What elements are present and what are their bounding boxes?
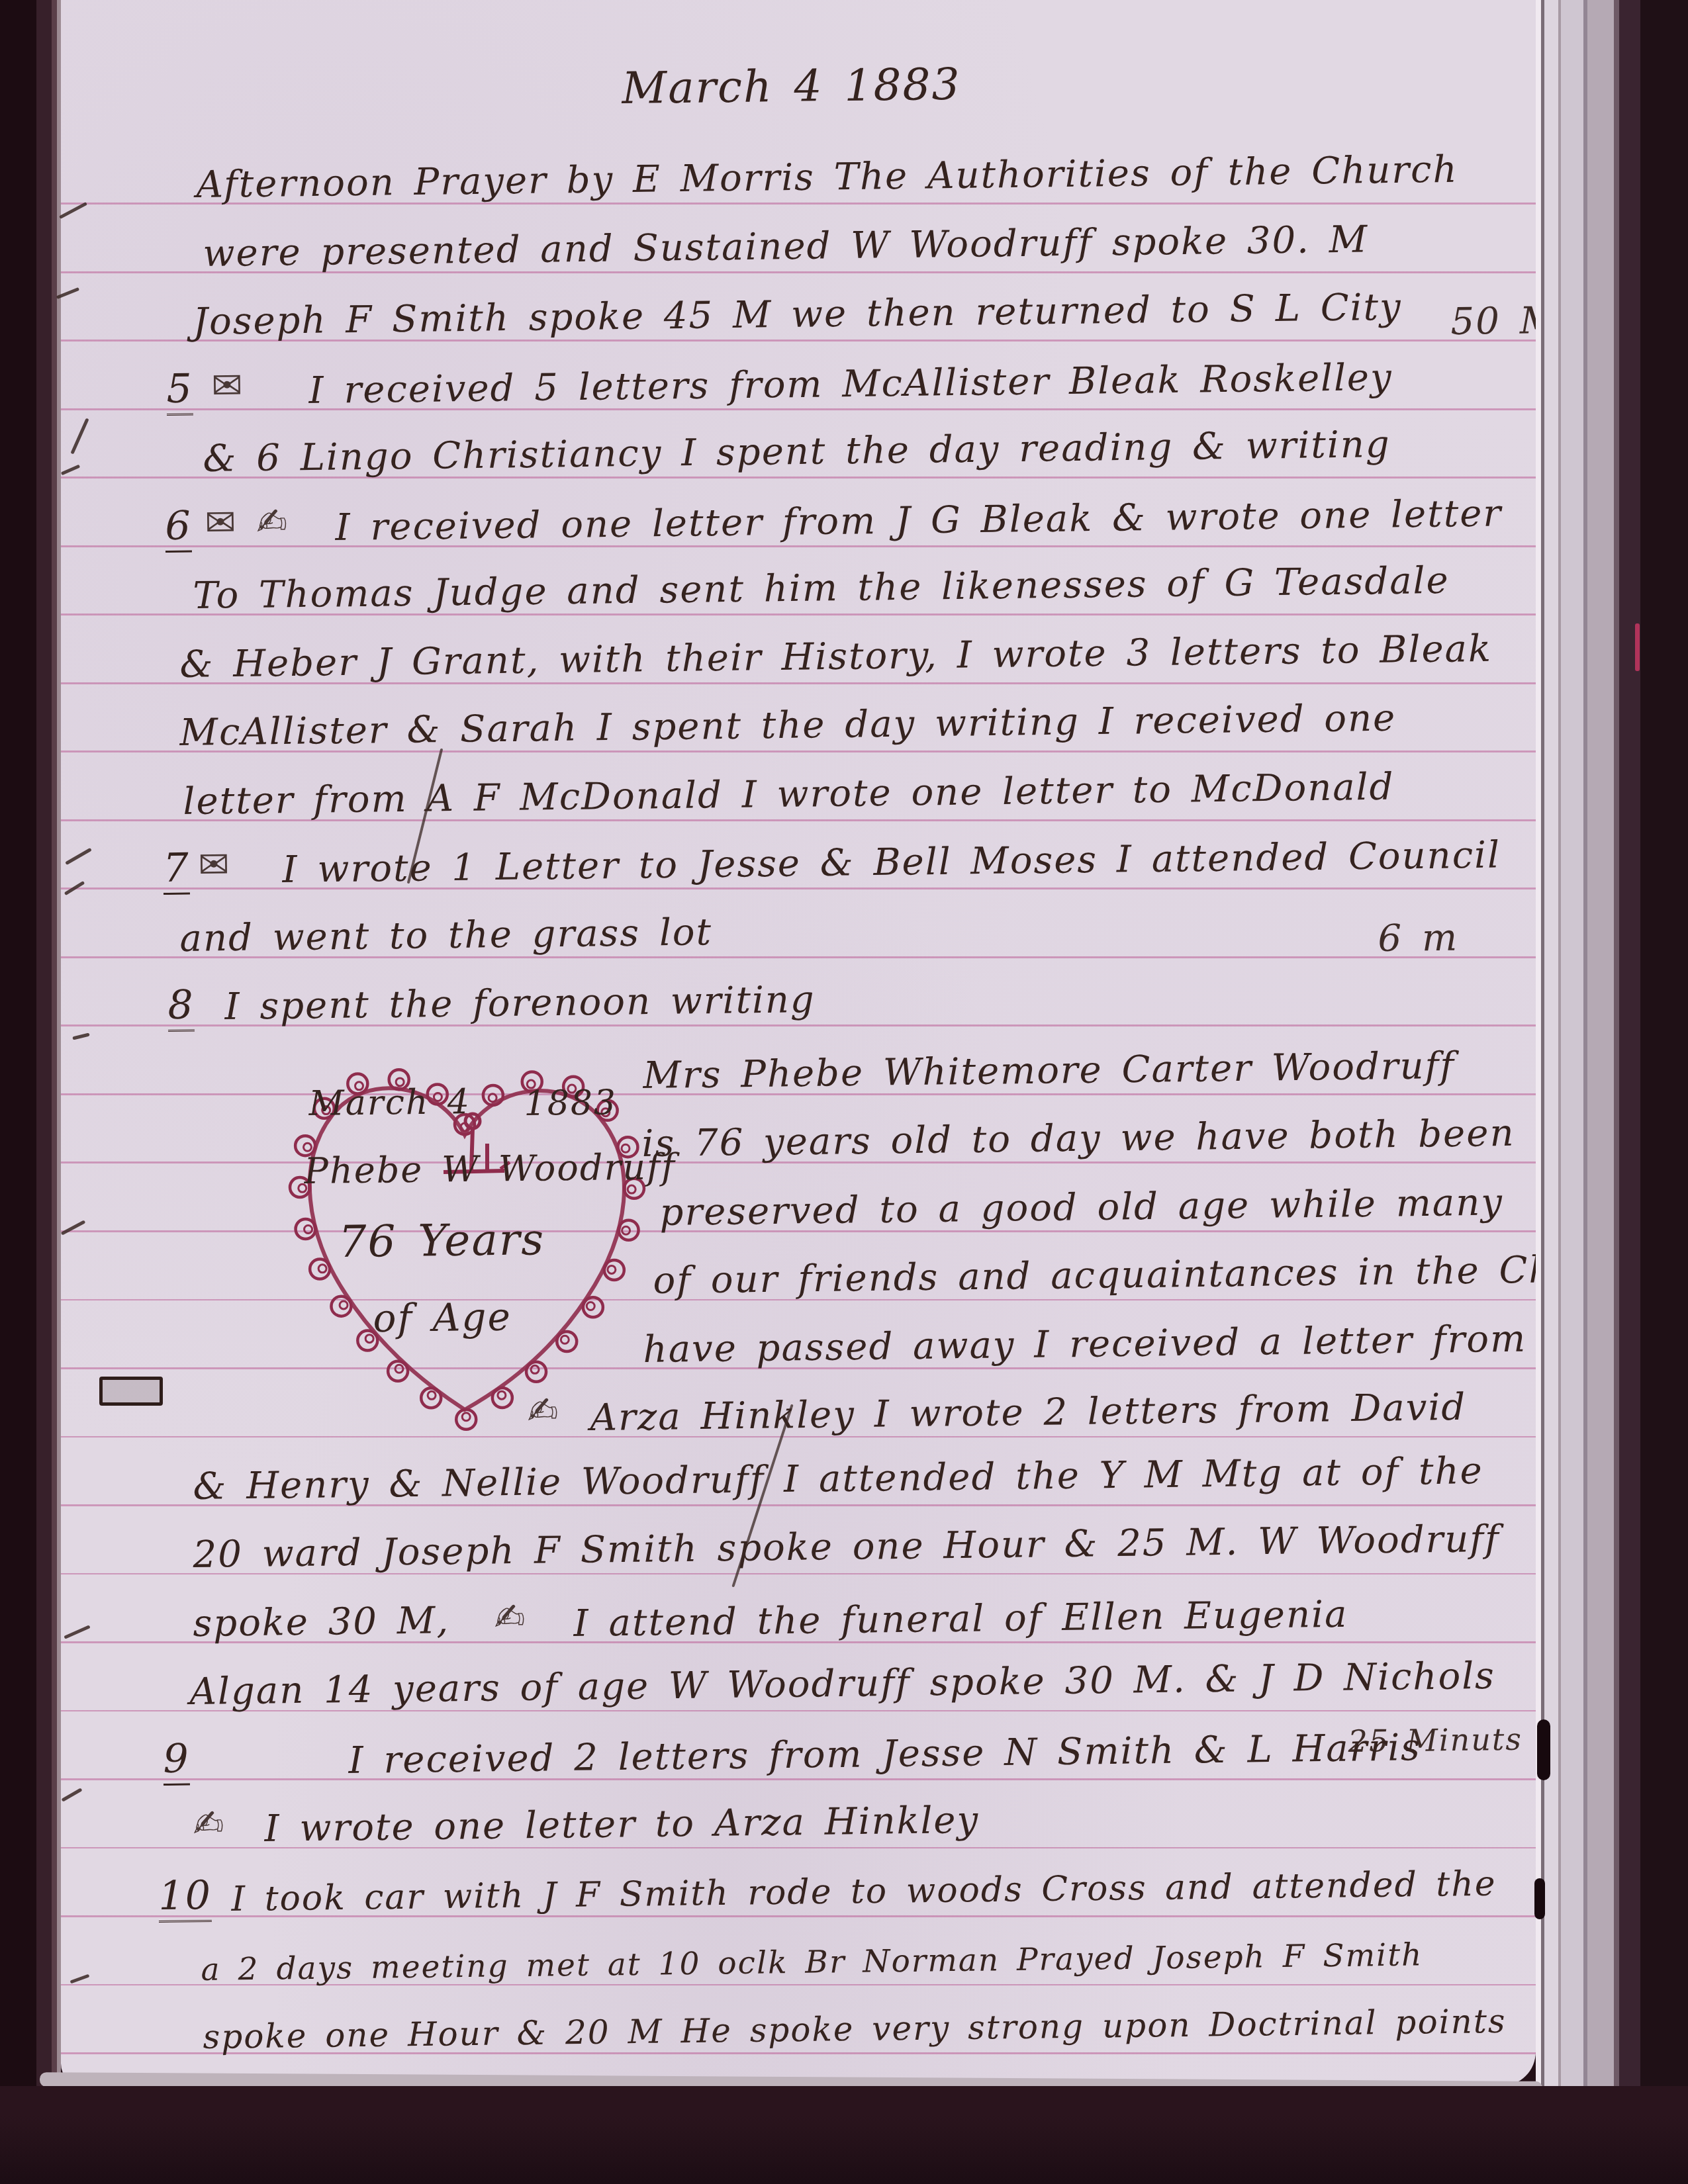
heart-scallop-inner (489, 1094, 496, 1102)
letter-icon: ✍ (494, 1596, 527, 1639)
page-title-date: March 4 1883 (622, 59, 961, 114)
edge-red-tick (1635, 623, 1640, 671)
letter-icon: ✉ (198, 843, 231, 887)
heart-scallop-inner (531, 1365, 539, 1373)
heart-date-left: March 4 (308, 1082, 471, 1124)
edge-ink-blob (1537, 1719, 1550, 1780)
page-fore-edge (1536, 0, 1688, 2184)
heart-age-of-age: of Age (373, 1294, 512, 1341)
margin-box-symbol (99, 1377, 163, 1406)
heart-scallop-inner (395, 1365, 403, 1373)
journal-text-line: and went to the grass lot (179, 911, 712, 960)
heart-scallop-inner (365, 1335, 373, 1343)
letter-icon: ✉ ✍ (205, 500, 289, 545)
letter-icon: ✉ (211, 364, 244, 408)
letter-icon: ✍ (193, 1802, 226, 1846)
heart-name: Phebe W Woodruff (304, 1146, 676, 1192)
heart-scallop-inner (622, 1226, 630, 1234)
heart-scallop-inner (305, 1225, 312, 1233)
day-number: 5 (166, 366, 193, 416)
book-bottom-dark (0, 2086, 1688, 2184)
heart-scallop-inner (462, 1413, 470, 1421)
day-number: 9 (163, 1736, 190, 1786)
heart-age-years: 76 Years (338, 1214, 545, 1267)
day-number: 7 (163, 845, 190, 895)
day-number: 10 (158, 1872, 212, 1923)
journal-text-line: I spent the forenoon writing (224, 978, 816, 1028)
annotation-fragment: 6 m (1378, 917, 1458, 960)
heart-scallop (557, 1332, 577, 1351)
heart-date-right: 1883 (524, 1083, 617, 1124)
day-number: 8 (167, 982, 195, 1032)
heart-scallop-inner (318, 1265, 326, 1273)
heart-scallop-inner (498, 1391, 506, 1399)
journal-page: March 4 1883 Afternoon Prayer by E Morri… (61, 0, 1536, 2086)
day-number: 6 (165, 503, 192, 553)
edge-ink-blob (1534, 1878, 1545, 1919)
journal-text-line: spoke 30 M, (193, 1599, 449, 1645)
heart-scallop-inner (340, 1301, 348, 1309)
heart-scallop-inner (586, 1302, 594, 1310)
heart-scallop-inner (608, 1265, 616, 1273)
journal-scan: March 4 1883 Afternoon Prayer by E Morri… (0, 0, 1688, 2184)
heart-scallop-inner (428, 1391, 436, 1399)
heart-scallop-inner (561, 1336, 569, 1343)
book-binding-left (0, 0, 61, 2184)
journal-text-line: I wrote one letter to Arza Hinkley (264, 1799, 979, 1850)
